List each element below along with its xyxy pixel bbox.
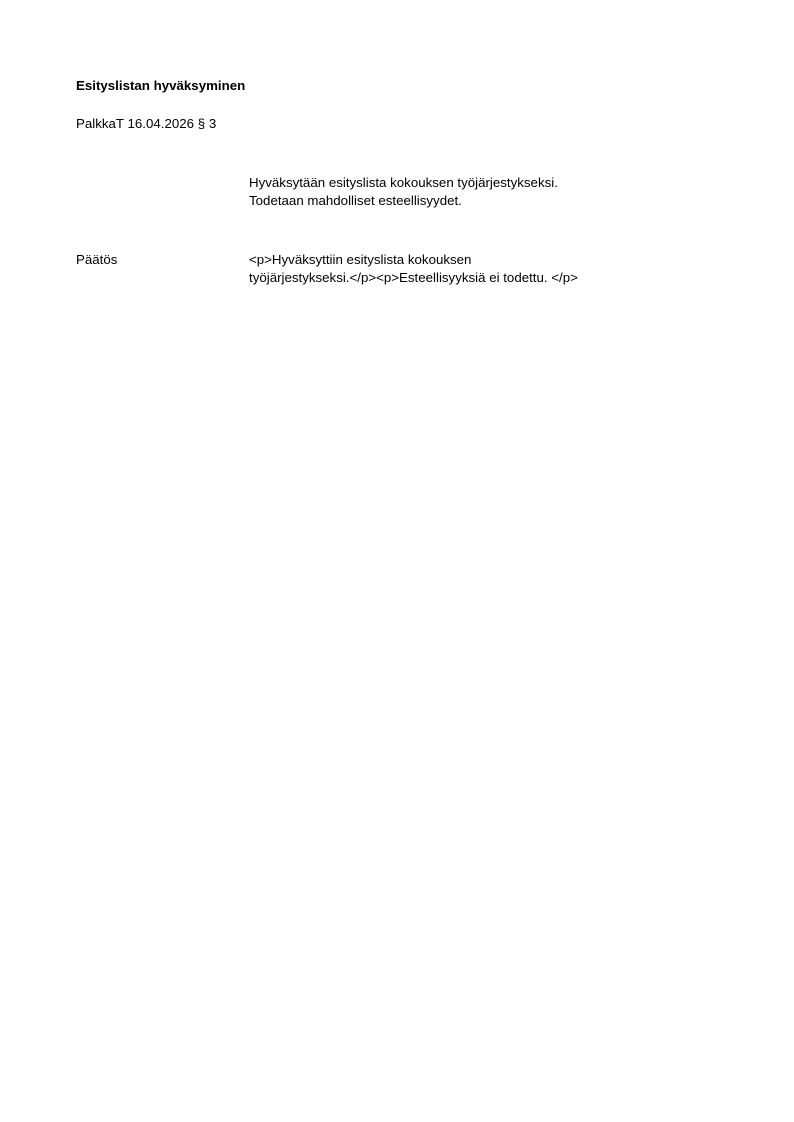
decision-line: <p>Hyväksyttiin esityslista kokouksen [249,251,649,269]
proposal-paragraph: Hyväksytään esityslista kokouksen työjär… [249,174,649,192]
proposal-text: Hyväksytään esityslista kokouksen työjär… [249,174,649,210]
decision-line: työjärjestykseksi.</p><p>Esteellisyyksiä… [249,269,649,287]
meeting-reference: PalkkaT 16.04.2026 § 3 [76,115,216,133]
proposal-paragraph: Todetaan mahdolliset esteellisyydet. [249,192,649,210]
item-title: Esityslistan hyväksyminen [76,77,245,95]
document-page: Esityslistan hyväksyminen PalkkaT 16.04.… [0,0,794,1122]
decision-label: Päätös [76,251,117,269]
decision-text: <p>Hyväksyttiin esityslista kokouksen ty… [249,251,649,287]
